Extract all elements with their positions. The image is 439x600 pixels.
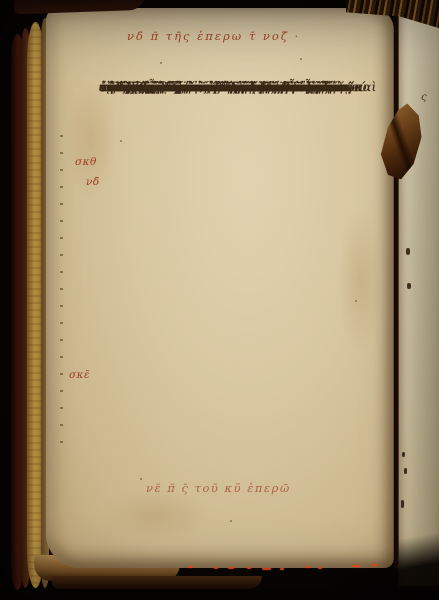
ammonian-section-number: σκθ (75, 156, 97, 168)
red-edge-fleck (305, 566, 310, 568)
gutter-stain (406, 248, 410, 255)
facing-page-shadow (398, 520, 439, 590)
kephalaion-title-header: νδ̄ π̄ τῆς ἐπερω τ̄ νοζ̄ · (127, 29, 300, 43)
text-line: ὁ κς̄ τῷ κῷ μου κάθου ἐκ δεξιῶν μου (99, 79, 340, 96)
margin-speck-column (60, 135, 63, 453)
ink-speck (120, 140, 122, 142)
kephalaion-title-footer: νε̄ π̄ ς̄ τοῦ κῡ ἐπερῶ (146, 481, 291, 495)
red-edge-fleck (318, 567, 322, 569)
red-edge-fleck (371, 564, 377, 566)
ink-speck (300, 58, 302, 60)
ammonian-section-number: σκε̄ (69, 369, 90, 381)
ink-speck (160, 62, 162, 64)
facing-page-edge (398, 14, 439, 586)
red-edge-fleck (188, 566, 193, 568)
book-gutter (393, 12, 399, 568)
manuscript-photo: ς νδ̄ π̄ τῆς ἐπερω τ̄ νοζ̄ · σκθ νδ̄ σκε… (0, 0, 439, 600)
ink-speck (140, 478, 142, 480)
red-edge-fleck (280, 568, 284, 570)
ink-speck (355, 300, 357, 302)
gutter-stain (401, 500, 404, 508)
lower-leaf-edges-dark (52, 576, 262, 589)
facing-page-letter: ς (421, 92, 427, 103)
gutter-stain (402, 452, 405, 457)
ink-speck (230, 520, 232, 522)
kephalaion-number: νδ̄ (86, 176, 100, 188)
red-edge-fleck (262, 568, 271, 570)
gutter-stain (407, 283, 411, 289)
gutter-stain (404, 468, 407, 474)
red-edge-fleck (247, 567, 251, 569)
red-edge-fleck (214, 567, 218, 569)
red-edge-fleck (352, 565, 360, 567)
red-edge-fleck (228, 567, 234, 569)
